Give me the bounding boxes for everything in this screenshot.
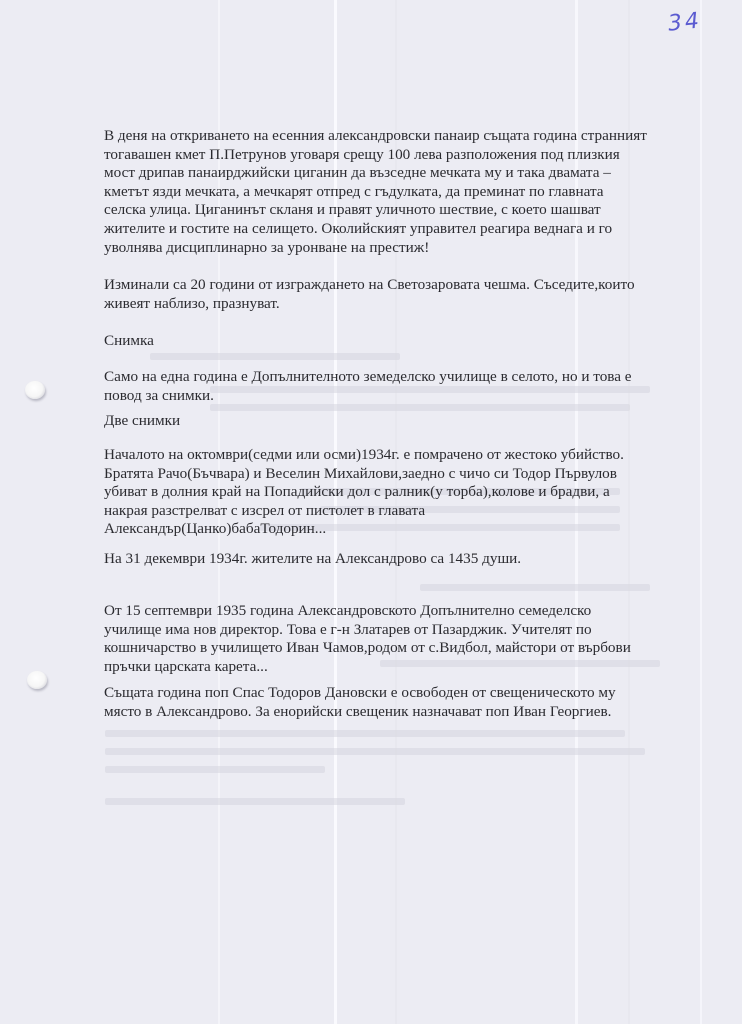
scanned-page: 34 В деня на откриването на есенния алек… <box>0 0 742 1024</box>
bleed-through-text <box>105 730 625 737</box>
paragraph-population-1934: На 31 декември 1934г. жителите на Алекса… <box>104 550 664 569</box>
bleed-through-text <box>105 748 645 755</box>
bleed-through-text <box>420 584 650 591</box>
paragraph-murder-1934: Началото на октомври(седми или осми)1934… <box>104 446 664 539</box>
photo-caption-two: Две снимки <box>104 412 664 431</box>
paragraph-agricultural-school: Само на една година е Допълнителното зем… <box>104 368 664 405</box>
bleed-through-text <box>150 353 400 360</box>
bleed-through-text <box>105 798 405 805</box>
paragraph-priest-change: Същата година поп Спас Тодоров Дановски … <box>104 684 664 721</box>
hole-punch <box>25 381 45 399</box>
bleed-through-text <box>105 766 325 773</box>
paragraph-school-director-1935: От 15 септември 1935 година Александровс… <box>104 602 664 676</box>
scan-streak <box>700 0 702 1024</box>
photo-caption-single: Снимка <box>104 332 664 351</box>
paragraph-fair-bear-ride: В деня на откриването на есенния алексан… <box>104 127 664 257</box>
paragraph-fountain-anniversary: Изминали са 20 години от изграждането на… <box>104 276 664 313</box>
handwritten-page-number: 34 <box>667 8 703 36</box>
hole-punch <box>27 671 47 689</box>
